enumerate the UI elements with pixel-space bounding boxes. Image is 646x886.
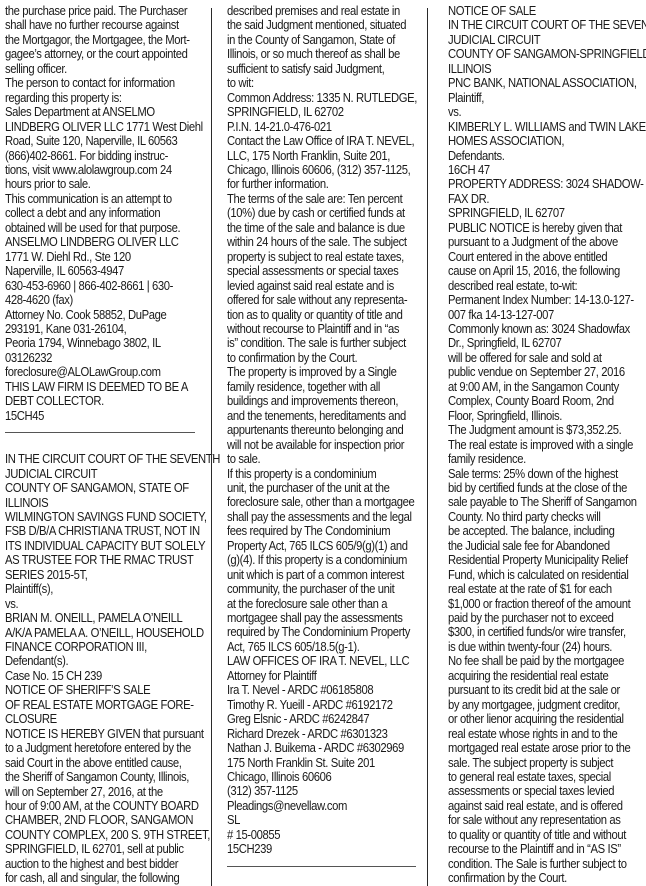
text-line: SPRINGFIELD, IL 62702 [227, 105, 399, 119]
text-line: for further information. [227, 177, 399, 191]
text-line: FSB D/B/A CHRISTIANA TRUST, NOT IN [5, 524, 177, 538]
text-line: the Mortgagor, the Mortgagee, the Mort- [5, 33, 177, 47]
text-line: or other lienor acquiring the residentia… [448, 712, 620, 726]
notice-divider [227, 866, 416, 867]
text-line: # 15-00855 [227, 828, 399, 842]
text-line: LLC, 175 North Franklin, Suite 201, [227, 149, 399, 163]
text-line: THIS LAW FIRM IS DEEMED TO BE A [5, 380, 177, 394]
text-line: This communication is an attempt to [5, 192, 177, 206]
text-line: selling officer. [5, 62, 177, 76]
text-line: community, the purchaser of the unit [227, 582, 399, 596]
text-line: Road, Suite 120, Naperville, IL 60563 [5, 134, 177, 148]
text-line: at 9:00 AM, in the Sangamon County [448, 380, 620, 394]
text-line: $300, in certified funds/or wire transfe… [448, 625, 620, 639]
text-line: 16CH 47 [448, 163, 620, 177]
text-line: obtained will be used for that purpose. [5, 221, 177, 235]
text-line: to confirmation by the Court. [227, 351, 399, 365]
text-line: Chicago, Illinois 60606, (312) 357-1125, [227, 163, 399, 177]
text-line: The real estate is improved with a singl… [448, 438, 620, 452]
text-line: is” condition. The sale is further subje… [227, 336, 399, 350]
text-line: pursuant to its credit bid at the sale o… [448, 683, 620, 697]
text-line: Sales Department at ANSELMO [5, 105, 177, 119]
text-line: Common Address: 1335 N. RUTLEDGE, [227, 91, 399, 105]
text-line: COUNTY OF SANGAMON, STATE OF [5, 481, 177, 495]
text-line: (866)402-8661. For bidding instruc- [5, 149, 177, 163]
anselmo-notice-tail: the purchase price paid. The Purchasersh… [5, 4, 177, 423]
text-line: confirmation by the Court. [448, 871, 620, 885]
text-line: SPRINGFIELD, IL 62707 [448, 206, 620, 220]
text-line: $1,000 or fraction thereof of the amount [448, 597, 620, 611]
text-line: mortgaged real estate arose prior to the [448, 741, 620, 755]
text-line: shall pay the assessments and the legal [227, 510, 399, 524]
text-line: JUDICIAL CIRCUIT [448, 33, 620, 47]
text-line: HOMES ASSOCIATION, [448, 134, 620, 148]
text-line: ILLINOIS [448, 62, 620, 76]
text-line: pursuant to a Judgment of the above [448, 235, 620, 249]
text-line: Ira T. Nevel - ARDC #06185808 [227, 683, 399, 697]
text-line: is due within twenty-four (24) hours. [448, 640, 620, 654]
text-line: unit which is part of a common interest [227, 568, 399, 582]
text-line: against said real estate, and is offered [448, 799, 620, 813]
text-line: the Judicial sale fee for Abandoned [448, 539, 620, 553]
column-1: the purchase price paid. The Purchasersh… [5, 4, 177, 886]
text-line: (g)(4). If this property is a condominiu… [227, 553, 399, 567]
text-line: be accepted. The balance, including [448, 524, 620, 538]
text-line: A/K/A PAMELA A. O’NEILL, HOUSEHOLD [5, 626, 177, 640]
text-line: the Sheriff of Sangamon County, Illinois… [5, 770, 177, 784]
text-line: DEBT COLLECTOR. [5, 394, 177, 408]
text-line: PUBLIC NOTICE is hereby given that [448, 221, 620, 235]
text-line: The Judgment amount is $73,352.25. [448, 423, 620, 437]
text-line: vs. [5, 597, 177, 611]
text-line: P.I.N. 14-21.0-476-021 [227, 120, 399, 134]
text-line: Floor, Springfield, Illinois. [448, 409, 620, 423]
text-line: for cash, all and singular, the followin… [5, 871, 177, 885]
text-line: to sale. [227, 452, 399, 466]
text-line: Defendants. [448, 149, 620, 163]
text-line: cause on April 15, 2016, the following [448, 264, 620, 278]
text-line: Residential Property Municipality Relief [448, 553, 620, 567]
text-line: will not be available for inspection pri… [227, 438, 399, 452]
text-line: Case No. 15 CH 239 [5, 669, 177, 683]
text-line: COUNTY OF SANGAMON-SPRINGFIELD, [448, 47, 620, 61]
text-line: the time of the sale and balance is due [227, 221, 399, 235]
text-line: unit, the purchaser of the unit at the [227, 481, 399, 495]
text-line: Chicago, Illinois 60606 [227, 770, 399, 784]
text-line: to quality or quantity of title and with… [448, 828, 620, 842]
text-line: The person to contact for information [5, 76, 177, 90]
text-line: auction to the highest and best bidder [5, 857, 177, 871]
text-line: to wit: [227, 76, 399, 90]
text-line: vs. [448, 105, 620, 119]
text-line: bid by certified funds at the close of t… [448, 481, 620, 495]
text-line: to a Judgment heretofore entered by the [5, 741, 177, 755]
text-line: SL [227, 813, 399, 827]
text-line: the purchase price paid. The Purchaser [5, 4, 177, 18]
text-line: JUDICIAL CIRCUIT [5, 467, 177, 481]
text-line: Timothy R. Yueill - ARDC #6192172 [227, 698, 399, 712]
text-line: family residence. [448, 452, 620, 466]
text-line: 15CH239 [227, 842, 399, 856]
text-line: County. No third party checks will [448, 510, 620, 524]
text-line: 630-453-6960 | 866-402-8661 | 630- [5, 279, 177, 293]
text-line: Pleadings@nevellaw.com [227, 799, 399, 813]
text-line: collect a debt and any information [5, 206, 177, 220]
text-line: Attorney for Plaintiff [227, 669, 399, 683]
text-line: Fund, which is calculated on residential [448, 568, 620, 582]
text-line: If this property is a condominium [227, 467, 399, 481]
text-line: property is subject to real estate taxes… [227, 250, 399, 264]
text-line: Nathan J. Buikema - ARDC #6302969 [227, 741, 399, 755]
text-line: NOTICE OF SHERIFF’S SALE [5, 683, 177, 697]
text-line: COUNTY COMPLEX, 200 S. 9TH STREET, [5, 828, 177, 842]
text-line: Contact the Law Office of IRA T. NEVEL, [227, 134, 399, 148]
text-line: Illinois, or so much thereof as shall be [227, 47, 399, 61]
text-line: offered for sale without any representa- [227, 293, 399, 307]
notice-separator-gap [5, 423, 177, 452]
williams-notice-of-sale: NOTICE OF SALEIN THE CIRCUIT COURT OF TH… [448, 4, 620, 886]
text-line: within 24 hours of the sale. The subject [227, 235, 399, 249]
oneill-sheriff-sale-notice-continued: described premises and real estate inthe… [227, 4, 399, 857]
text-line: (312) 357-1125 [227, 784, 399, 798]
text-line: described premises and real estate in [227, 4, 399, 18]
text-line: acquiring the residential real estate [448, 669, 620, 683]
text-line: SERIES 2015-5T, [5, 568, 177, 582]
text-line: OF REAL ESTATE MORTGAGE FORE- [5, 698, 177, 712]
text-line: real estate at the rate of $1 for each [448, 582, 620, 596]
column-divider [211, 8, 212, 886]
text-line: will on September 27, 2016, at the [5, 785, 177, 799]
text-line: BRIAN M. ONEILL, PAMELA O’NEILL [5, 611, 177, 625]
text-line: Commonly known as: 3024 Shadowfax [448, 322, 620, 336]
text-line: public vendue on September 27, 2016 [448, 365, 620, 379]
text-line: Act, 765 ILCS 605/18.5(g-1). [227, 640, 399, 654]
text-line: Sale terms: 25% down of the highest [448, 467, 620, 481]
text-line: at the foreclosure sale other than a [227, 597, 399, 611]
text-line: FINANCE CORPORATION III, [5, 640, 177, 654]
text-line: IN THE CIRCUIT COURT OF THE SEVENTH [448, 18, 620, 32]
text-line: The terms of the sale are: Ten percent [227, 192, 399, 206]
text-line: Permanent Index Number: 14-13.0-127- [448, 293, 620, 307]
column-divider [427, 8, 428, 886]
text-line: Naperville, IL 60563-4947 [5, 264, 177, 278]
text-line: required by The Condominium Property [227, 625, 399, 639]
text-line: tions, visit www.alolawgroup.com 24 [5, 163, 177, 177]
text-line: the said Judgment mentioned, situated [227, 18, 399, 32]
text-line: hour of 9:00 AM, at the COUNTY BOARD [5, 799, 177, 813]
text-line: 293191, Kane 031-26104, [5, 322, 177, 336]
text-line: and the tenements, hereditaments and [227, 409, 399, 423]
text-line: 175 North Franklin St. Suite 201 [227, 756, 399, 770]
text-line: KIMBERLY L. WILLIAMS and TWIN LAKES [448, 120, 620, 134]
text-line: sale. The subject property is subject [448, 756, 620, 770]
text-line: FAX DR. [448, 192, 620, 206]
text-line: CHAMBER, 2ND FLOOR, SANGAMON [5, 813, 177, 827]
text-line: NOTICE IS HEREBY GIVEN that pursuant [5, 727, 177, 741]
text-line: 15CH45 [5, 409, 177, 423]
column-3: NOTICE OF SALEIN THE CIRCUIT COURT OF TH… [448, 4, 620, 886]
text-line: paid by the purchaser not to exceed [448, 611, 620, 625]
text-line: Peoria 1794, Winnebago 3802, IL [5, 336, 177, 350]
text-line: WILMINGTON SAVINGS FUND SOCIETY, [5, 510, 177, 524]
text-line: Dr., Springfield, IL 62707 [448, 336, 620, 350]
text-line: SPRINGFIELD, IL 62701, sell at public [5, 842, 177, 856]
text-line: foreclosure@ALOLawGroup.com [5, 365, 177, 379]
text-line: buildings and improvements thereon, [227, 394, 399, 408]
text-line: sufficient to satisfy said Judgment, [227, 62, 399, 76]
text-line: NOTICE OF SALE [448, 4, 620, 18]
text-line: 428-4620 (fax) [5, 293, 177, 307]
text-line: said Court in the above entitled cause, [5, 756, 177, 770]
text-line: appurtenants thereunto belonging and [227, 423, 399, 437]
text-line: CLOSURE [5, 712, 177, 726]
text-line: 007 fka 14-13-127-007 [448, 308, 620, 322]
text-line: shall have no further recourse against [5, 18, 177, 32]
text-line: family residence, together with all [227, 380, 399, 394]
text-line: real estate whose rights in and to the [448, 727, 620, 741]
column-2: described premises and real estate inthe… [227, 4, 399, 857]
oneill-sheriff-sale-notice: IN THE CIRCUIT COURT OF THE SEVENTHJUDIC… [5, 452, 177, 886]
text-line: Attorney No. Cook 58852, DuPage [5, 308, 177, 322]
text-line: mortgagee shall pay the assessments [227, 611, 399, 625]
text-line: without recourse to Plaintiff and in “as [227, 322, 399, 336]
text-line: Richard Drezek - ARDC #6301323 [227, 727, 399, 741]
text-line: Plaintiff, [448, 91, 620, 105]
text-line: assessments or special taxes levied [448, 784, 620, 798]
text-line: Court entered in the above entitled [448, 250, 620, 264]
text-line: 03126232 [5, 351, 177, 365]
text-line: regarding this property is: [5, 91, 177, 105]
text-line: PROPERTY ADDRESS: 3024 SHADOW- [448, 177, 620, 191]
text-line: condition. The Sale is further subject t… [448, 857, 620, 871]
text-line: 1771 W. Diehl Rd., Ste 120 [5, 250, 177, 264]
text-line: levied against said real estate and is [227, 279, 399, 293]
text-line: hours prior to sale. [5, 177, 177, 191]
text-line: ILLINOIS [5, 496, 177, 510]
text-line: No fee shall be paid by the mortgagee [448, 654, 620, 668]
text-line: Plaintiff(s), [5, 582, 177, 596]
text-line: fees required by The Condominium [227, 524, 399, 538]
text-line: special assessments or special taxes [227, 264, 399, 278]
text-line: LAW OFFICES OF IRA T. NEVEL, LLC [227, 654, 399, 668]
text-line: to general real estate taxes, special [448, 770, 620, 784]
text-line: ANSELMO LINDBERG OLIVER LLC [5, 235, 177, 249]
text-line: by any mortgagee, judgment creditor, [448, 698, 620, 712]
notice-divider [5, 432, 195, 433]
text-line: AS TRUSTEE FOR THE RMAC TRUST [5, 553, 177, 567]
text-line: (10%) due by cash or certified funds at [227, 206, 399, 220]
text-line: The property is improved by a Single [227, 365, 399, 379]
text-line: Defendant(s). [5, 654, 177, 668]
text-line: sale payable to The Sheriff of Sangamon [448, 495, 620, 509]
text-line: foreclosure sale, other than a mortgagee [227, 495, 399, 509]
text-line: Property Act, 765 ILCS 605/9(g)(1) and [227, 539, 399, 553]
text-line: Greg Elsnic - ARDC #6242847 [227, 712, 399, 726]
text-line: described real estate, to-wit: [448, 279, 620, 293]
text-line: tion as to quality or quantity of title … [227, 308, 399, 322]
text-line: PNC BANK, NATIONAL ASSOCIATION, [448, 76, 620, 90]
text-line: ITS INDIVIDUAL CAPACITY BUT SOLELY [5, 539, 177, 553]
text-line: gagee’s attorney, or the court appointed [5, 47, 177, 61]
text-line: recourse to the Plaintiff and in “AS IS” [448, 842, 620, 856]
text-line: in the County of Sangamon, State of [227, 33, 399, 47]
text-line: for sale without any representation as [448, 813, 620, 827]
text-line: IN THE CIRCUIT COURT OF THE SEVENTH [5, 452, 177, 466]
text-line: will be offered for sale and sold at [448, 351, 620, 365]
text-line: Complex, County Board Room, 2nd [448, 394, 620, 408]
text-line: LINDBERG OLIVER LLC 1771 West Diehl [5, 120, 177, 134]
